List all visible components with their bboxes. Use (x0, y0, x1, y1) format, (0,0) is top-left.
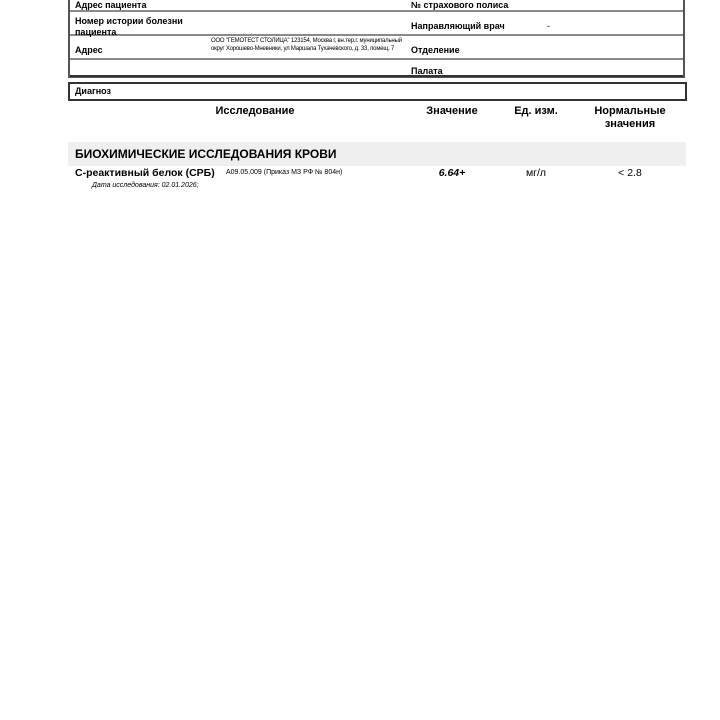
referring-doctor-label: Направляющий врач (411, 21, 505, 32)
address-value: ООО "ГЕМОТЕСТ СТОЛИЦА" 123154, Москва г,… (211, 38, 407, 53)
ward-label: Палата (411, 66, 443, 77)
section-header: БИОХИМИЧЕСКИЕ ИССЛЕДОВАНИЯ КРОВИ (68, 142, 686, 166)
test-unit: мг/л (500, 167, 572, 179)
diagnosis-box (68, 82, 687, 101)
patient-address-label: Адрес пациента (75, 0, 146, 11)
test-reference: < 2.8 (582, 167, 678, 179)
test-code: A09.05.009 (Приказ МЗ РФ № 804н) (226, 169, 342, 176)
test-date: Дата исследования: 02.01.2026; (92, 182, 199, 189)
referring-doctor-value: - (547, 21, 550, 32)
header-value: Значение (410, 105, 494, 118)
address-label: Адрес (75, 45, 103, 56)
diagnosis-label: Диагноз (75, 86, 111, 97)
header-test: Исследование (160, 105, 350, 118)
test-name: С-реактивный белок (СРБ) (75, 167, 215, 179)
header-unit: Ед. изм. (500, 105, 572, 118)
history-number-label: Номер истории болезни пациента (75, 16, 205, 38)
section-title: БИОХИМИЧЕСКИЕ ИССЛЕДОВАНИЯ КРОВИ (75, 147, 337, 161)
department-label: Отделение (411, 45, 460, 56)
insurance-policy-label: № страхового полиса (411, 0, 508, 11)
test-value: 6.64+ (410, 167, 494, 179)
header-reference: Нормальные значения (582, 105, 678, 131)
